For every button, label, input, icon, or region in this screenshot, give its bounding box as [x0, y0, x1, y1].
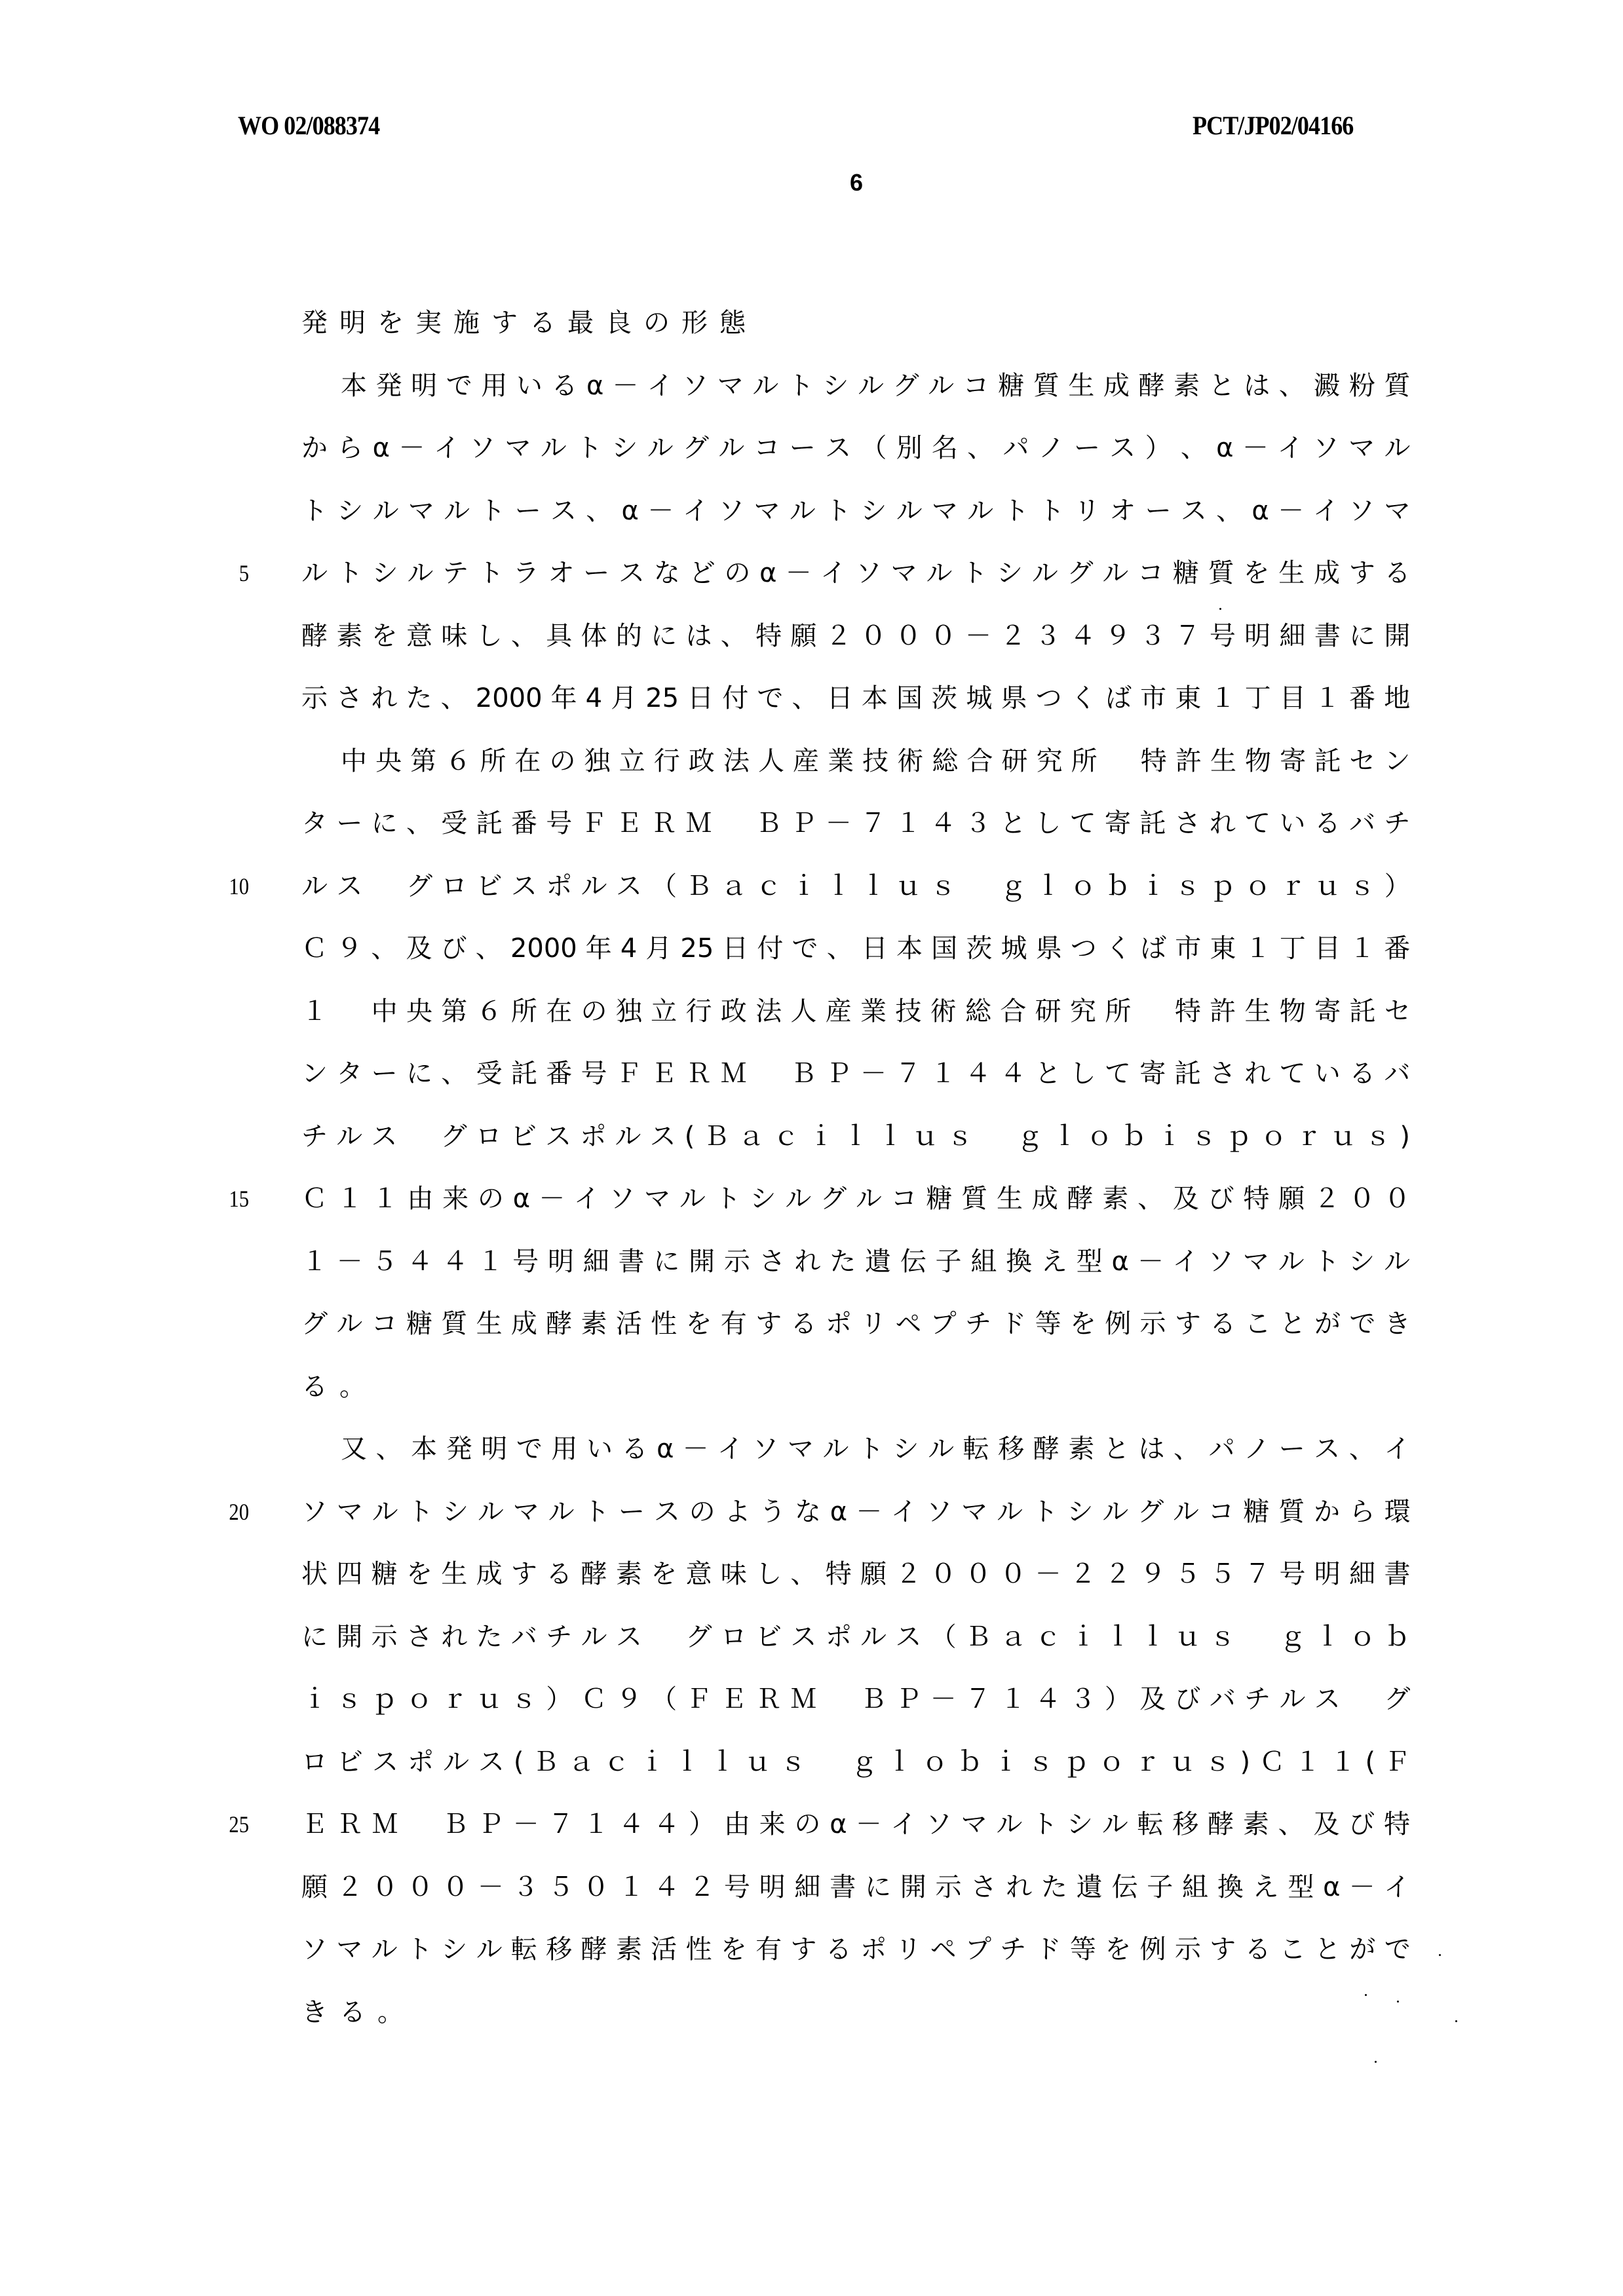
text-line: ソ マ ル ト シ ル 転 移 酵 素 活 性 を 有 す る ポ リ ペ プ … [301, 1933, 1410, 1966]
scan-speck [1365, 1994, 1367, 1996]
text-line: 又 、 本 発 明 で 用 い る α － イ ソ マ ル ト シ ル 転 移 … [341, 1433, 1410, 1465]
text-line: 中 央 第 ６ 所 在 の 独 立 行 政 法 人 産 業 技 術 総 合 研 … [341, 745, 1410, 778]
text-line: 本 発 明 で 用 い る α － イ ソ マ ル ト シ ル グ ル コ 糖 … [341, 369, 1410, 402]
text-line: か ら α － イ ソ マ ル ト シ ル グ ル コ ー ス （ 別 名 、 … [301, 432, 1410, 464]
text-line: ン タ ー に 、 受 託 番 号 Ｆ Ｅ Ｒ Ｍ Ｂ Ｐ － ７ １ ４ ４ … [301, 1057, 1410, 1090]
text-line: 示 さ れ た 、 2000 年 4 月 25 日 付 で 、 日 本 国 茨 … [301, 682, 1410, 715]
text-line: タ ー に 、 受 託 番 号 Ｆ Ｅ Ｒ Ｍ Ｂ Ｐ － ７ １ ４ ３ と … [301, 807, 1410, 840]
text-line: ロ ビ ス ポ ル ス ( Ｂ ａ ｃ ｉ ｌ ｌ ｕ ｓ ｇ ｌ ｏ ｂ ｉ … [301, 1746, 1410, 1778]
text-line: 願 ２ ０ ０ ０ － ３ ５ ０ １ ４ ２ 号 明 細 書 に 開 示 さ … [301, 1871, 1410, 1904]
scan-speck [1397, 2001, 1399, 2003]
scan-speck [1219, 608, 1221, 610]
text-line: グ ル コ 糖 質 生 成 酵 素 活 性 を 有 す る ポ リ ペ プ チ … [301, 1308, 1410, 1340]
text-line: ル ス グ ロ ビ ス ポ ル ス （ Ｂ ａ ｃ ｉ ｌ ｌ ｕ ｓ ｇ ｌ … [301, 870, 1410, 903]
text-line: に 開 示 さ れ た バ チ ル ス グ ロ ビ ス ポ ル ス （ Ｂ ａ … [301, 1621, 1410, 1653]
text-line: チ ル ス グ ロ ビ ス ポ ル ス ( Ｂ ａ ｃ ｉ ｌ ｌ ｕ ｓ ｇ … [301, 1120, 1410, 1153]
text-line: Ｃ １ １ 由 来 の α － イ ソ マ ル ト シ ル グ ル コ 糖 質 … [301, 1182, 1410, 1215]
scan-speck [1455, 2020, 1457, 2022]
text-line: ト シ ル マ ル ト ー ス 、 α － イ ソ マ ル ト シ ル マ ル … [301, 495, 1410, 527]
text-line: 発明を実施する最良の形態 [301, 307, 1410, 339]
line-number: 20 [210, 1496, 250, 1528]
text-line: 状 四 糖 を 生 成 す る 酵 素 を 意 味 し 、 特 願 ２ ０ ０ … [301, 1558, 1410, 1590]
text-line: ｉ ｓ ｐ ｏ ｒ ｕ ｓ ） Ｃ ９ （ Ｆ Ｅ Ｒ Ｍ Ｂ Ｐ － ７ １ … [301, 1683, 1410, 1716]
text-line: ソ マ ル ト シ ル マ ル ト ー ス の よ う な α － イ ソ マ … [301, 1496, 1410, 1528]
text-line: １ － ５ ４ ４ １ 号 明 細 書 に 開 示 さ れ た 遺 伝 子 組 … [301, 1245, 1410, 1278]
text-line: きる。 [301, 1996, 1410, 2029]
line-number: 5 [210, 557, 250, 590]
line-number: 10 [210, 870, 250, 903]
text-line: る。 [301, 1370, 1410, 1403]
scan-speck [1439, 1954, 1441, 1956]
text-line: １ 中 央 第 ６ 所 在 の 独 立 行 政 法 人 産 業 技 術 総 合 … [301, 995, 1410, 1028]
application-number: PCT/JP02/04166 [1193, 110, 1353, 141]
text-line: 酵 素 を 意 味 し 、 具 体 的 に は 、 特 願 ２ ０ ０ ０ － … [301, 620, 1410, 652]
line-number: 15 [210, 1182, 250, 1215]
text-line: Ｃ ９ 、 及 び 、 2000 年 4 月 25 日 付 で 、 日 本 国 … [301, 932, 1410, 965]
text-line: ル ト シ ル テ ト ラ オ ー ス な ど の α － イ ソ マ ル ト … [301, 557, 1410, 590]
page-number: 6 [845, 169, 868, 197]
publication-number: WO 02/088374 [238, 110, 379, 141]
scan-speck [1375, 2061, 1377, 2063]
text-line: Ｅ Ｒ Ｍ Ｂ Ｐ － ７ １ ４ ４ ） 由 来 の α － イ ソ マ ル … [301, 1808, 1410, 1841]
line-number: 25 [210, 1808, 250, 1841]
